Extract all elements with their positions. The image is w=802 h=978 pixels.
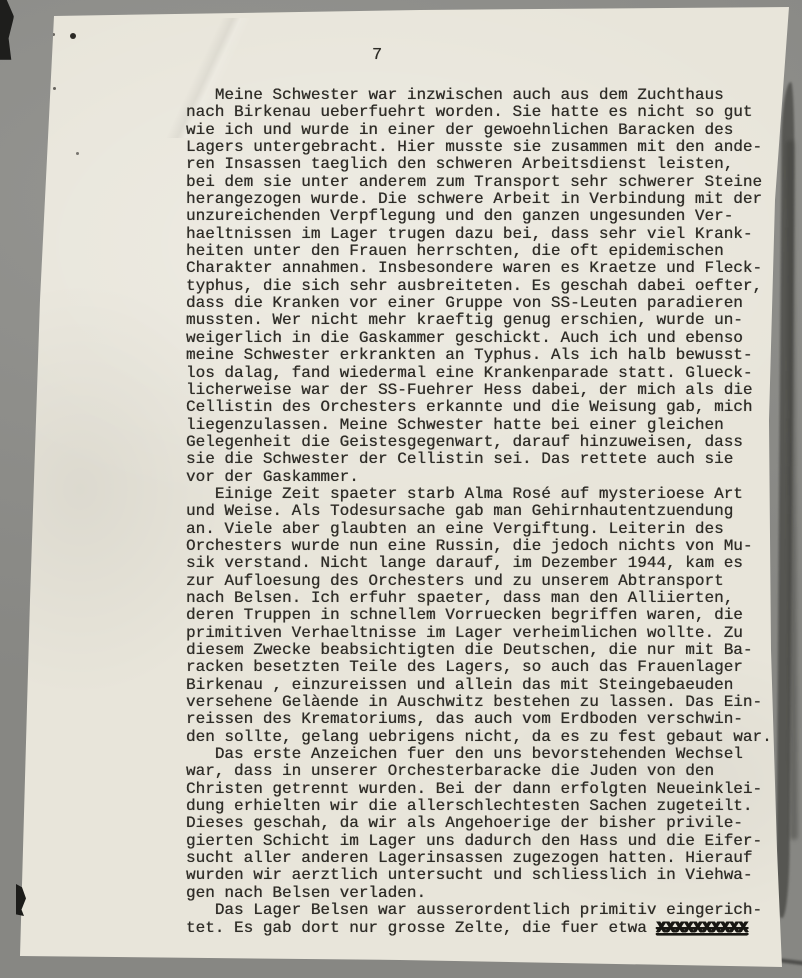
ink-speck [52, 33, 55, 36]
typewritten-text-block: Meine Schwester war inzwischen auch aus … [186, 87, 786, 937]
ink-speck [70, 33, 76, 39]
document-page: 7 Meine Schwester war inzwischen auch au… [0, 0, 802, 978]
paragraph-3: Das erste Anzeichen fuer den uns bevorst… [186, 746, 786, 902]
ink-speck [76, 152, 79, 155]
page-number: 7 [372, 46, 382, 65]
scanned-document-photo: 7 Meine Schwester war inzwischen auch au… [0, 0, 802, 978]
crossed-out-text: XXXXXXXXXX [656, 919, 747, 937]
top-left-edge-smudge [0, 0, 14, 60]
paragraph-4: Das Lager Belsen war ausserordentlich pr… [186, 902, 786, 937]
paragraph-2: Einige Zeit spaeter starb Alma Rosé auf … [186, 486, 786, 746]
paragraph-1: Meine Schwester war inzwischen auch aus … [186, 87, 786, 486]
ink-speck [53, 87, 56, 90]
ink-speck [47, 61, 52, 66]
